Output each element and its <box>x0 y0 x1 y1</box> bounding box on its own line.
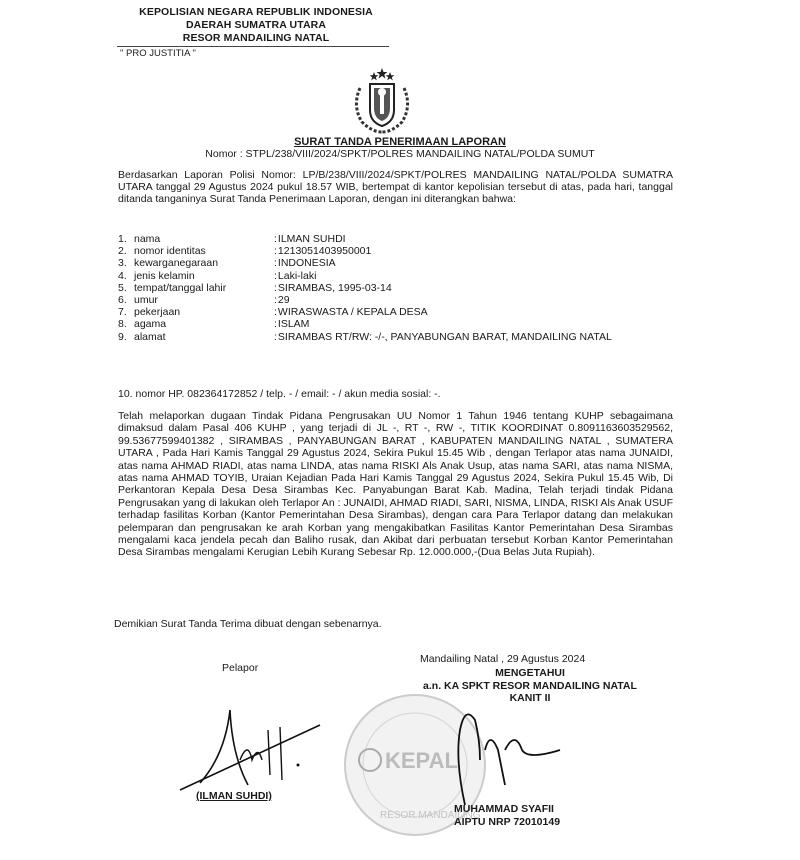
field-number: 5. <box>118 282 134 294</box>
letterhead-line-1: KEPOLISIAN NEGARA REPUBLIK INDONESIA <box>120 6 392 19</box>
field-row: 8.agamaISLAM <box>118 318 678 330</box>
letterhead: KEPOLISIAN NEGARA REPUBLIK INDONESIA DAE… <box>120 6 392 45</box>
reporter-role: Pelapor <box>222 662 258 674</box>
letterhead-line-3: RESOR MANDAILING NATAL <box>120 32 392 45</box>
field-number: 8. <box>118 318 134 330</box>
police-emblem-icon <box>346 66 418 134</box>
letterhead-line-2: DAERAH SUMATRA UTARA <box>120 19 392 32</box>
field-value: ISLAM <box>274 318 634 330</box>
field-value: INDONESIA <box>274 257 634 269</box>
field-value: WIRASWASTA / KEPALA DESA <box>274 306 634 318</box>
field-value: ILMAN SUHDI <box>274 233 634 245</box>
field-row: 4.jenis kelaminLaki-laki <box>118 270 678 282</box>
field-value: SIRAMBAS RT/RW: -/-, PANYABUNGAN BARAT, … <box>274 331 634 343</box>
field-row: 5.tempat/tanggal lahirSIRAMBAS, 1995-03-… <box>118 282 678 294</box>
intro-paragraph: Berdasarkan Laporan Polisi Nomor: LP/B/2… <box>118 169 673 205</box>
field-row: 3.kewarganegaraanINDONESIA <box>118 257 678 269</box>
field-row: 7.pekerjaanWIRASWASTA / KEPALA DESA <box>118 306 678 318</box>
contact-field: 10. nomor HP. 082364172852 / telp. - / e… <box>118 388 441 400</box>
reporter-name: (ILMAN SUHDI) <box>196 790 272 802</box>
pro-justitia: " PRO JUSTITIA " <box>120 48 196 59</box>
field-number: 1. <box>118 233 134 245</box>
officer-rank: AIPTU NRP 72010149 <box>454 816 560 829</box>
acknowledged-label: MENGETAHUI <box>380 667 680 679</box>
closing-statement: Demikian Surat Tanda Terima dibuat denga… <box>114 618 382 630</box>
field-number: 4. <box>118 270 134 282</box>
field-value: 29 <box>274 294 634 306</box>
field-label: jenis kelamin <box>134 270 274 282</box>
field-label: umur <box>134 294 274 306</box>
field-row: 2.nomor identitas1213051403950001 <box>118 245 678 257</box>
document-number: Nomor : STPL/238/VIII/2024/SPKT/POLRES M… <box>150 148 650 160</box>
officer-name-block: MUHAMMAD SYAFII AIPTU NRP 72010149 <box>454 803 560 828</box>
field-label: nama <box>134 233 274 245</box>
field-row: 1.namaILMAN SUHDI <box>118 233 678 245</box>
field-label: tempat/tanggal lahir <box>134 282 274 294</box>
field-number: 3. <box>118 257 134 269</box>
reporter-signature-icon <box>170 705 340 795</box>
officer-signature-icon <box>450 700 570 810</box>
field-row: 9.alamatSIRAMBAS RT/RW: -/-, PANYABUNGAN… <box>118 331 678 343</box>
field-value: Laki-laki <box>274 270 634 282</box>
field-label: pekerjaan <box>134 306 274 318</box>
field-label: alamat <box>134 331 274 343</box>
officer-name: MUHAMMAD SYAFII <box>454 803 560 816</box>
place-date: Mandailing Natal , 29 Agustus 2024 <box>420 653 585 665</box>
field-value: 1213051403950001 <box>274 245 634 257</box>
field-label: kewarganegaraan <box>134 257 274 269</box>
stamp-text: KEPAL <box>385 748 458 773</box>
letterhead-divider <box>117 46 389 47</box>
field-label: agama <box>134 318 274 330</box>
document-title: SURAT TANDA PENERIMAAN LAPORAN <box>150 136 650 148</box>
field-number: 9. <box>118 331 134 343</box>
field-number: 6. <box>118 294 134 306</box>
reporter-fields: 1.namaILMAN SUHDI2.nomor identitas121305… <box>118 233 678 343</box>
field-number: 2. <box>118 245 134 257</box>
field-row: 6.umur29 <box>118 294 678 306</box>
report-body: Telah melaporkan dugaan Tindak Pidana Pe… <box>118 410 673 559</box>
field-label: nomor identitas <box>134 245 274 257</box>
field-number: 7. <box>118 306 134 318</box>
field-value: SIRAMBAS, 1995-03-14 <box>274 282 634 294</box>
